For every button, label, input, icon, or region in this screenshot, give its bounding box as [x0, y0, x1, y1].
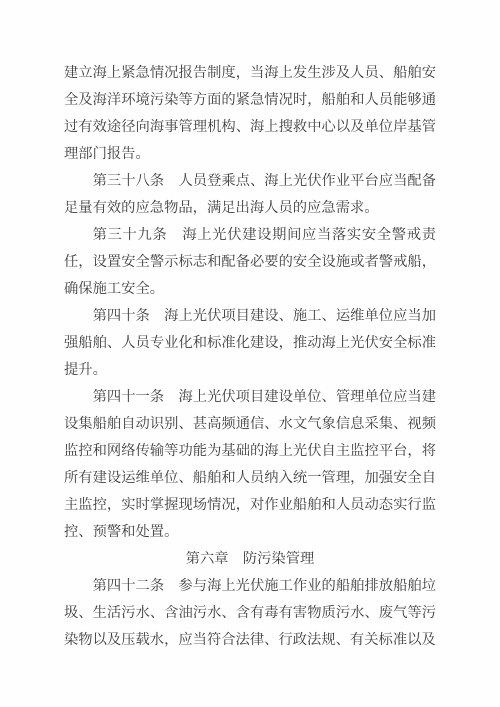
paragraph: 第四十一条 海上光伏项目建设单位、管理单位应当建设集船舶自动识别、甚高频通信、水…	[64, 384, 436, 546]
document-page: 建立海上紧急情况报告制度，当海上发生涉及人员、船舶安全及海洋环境污染等方面的紧急…	[0, 0, 500, 707]
paragraph: 第三十九条 海上光伏建设期间应当落实安全警戒责任，设置安全警示标志和配备必要的安…	[64, 222, 436, 303]
paragraph: 第四十条 海上光伏项目建设、施工、运维单位应当加强船舶、人员专业化和标准化建设，…	[64, 303, 436, 384]
document-body: 建立海上紧急情况报告制度，当海上发生涉及人员、船舶安全及海洋环境污染等方面的紧急…	[64, 60, 436, 654]
paragraph: 第三十八条 人员登乘点、海上光伏作业平台应当配备足量有效的应急物品，满足出海人员…	[64, 168, 436, 222]
paragraph: 建立海上紧急情况报告制度，当海上发生涉及人员、船舶安全及海洋环境污染等方面的紧急…	[64, 60, 436, 168]
paragraph: 第四十二条 参与海上光伏施工作业的船舶排放船舶垃圾、生活污水、含油污水、含有毒有…	[64, 573, 436, 654]
chapter-heading: 第六章 防污染管理	[64, 546, 436, 573]
